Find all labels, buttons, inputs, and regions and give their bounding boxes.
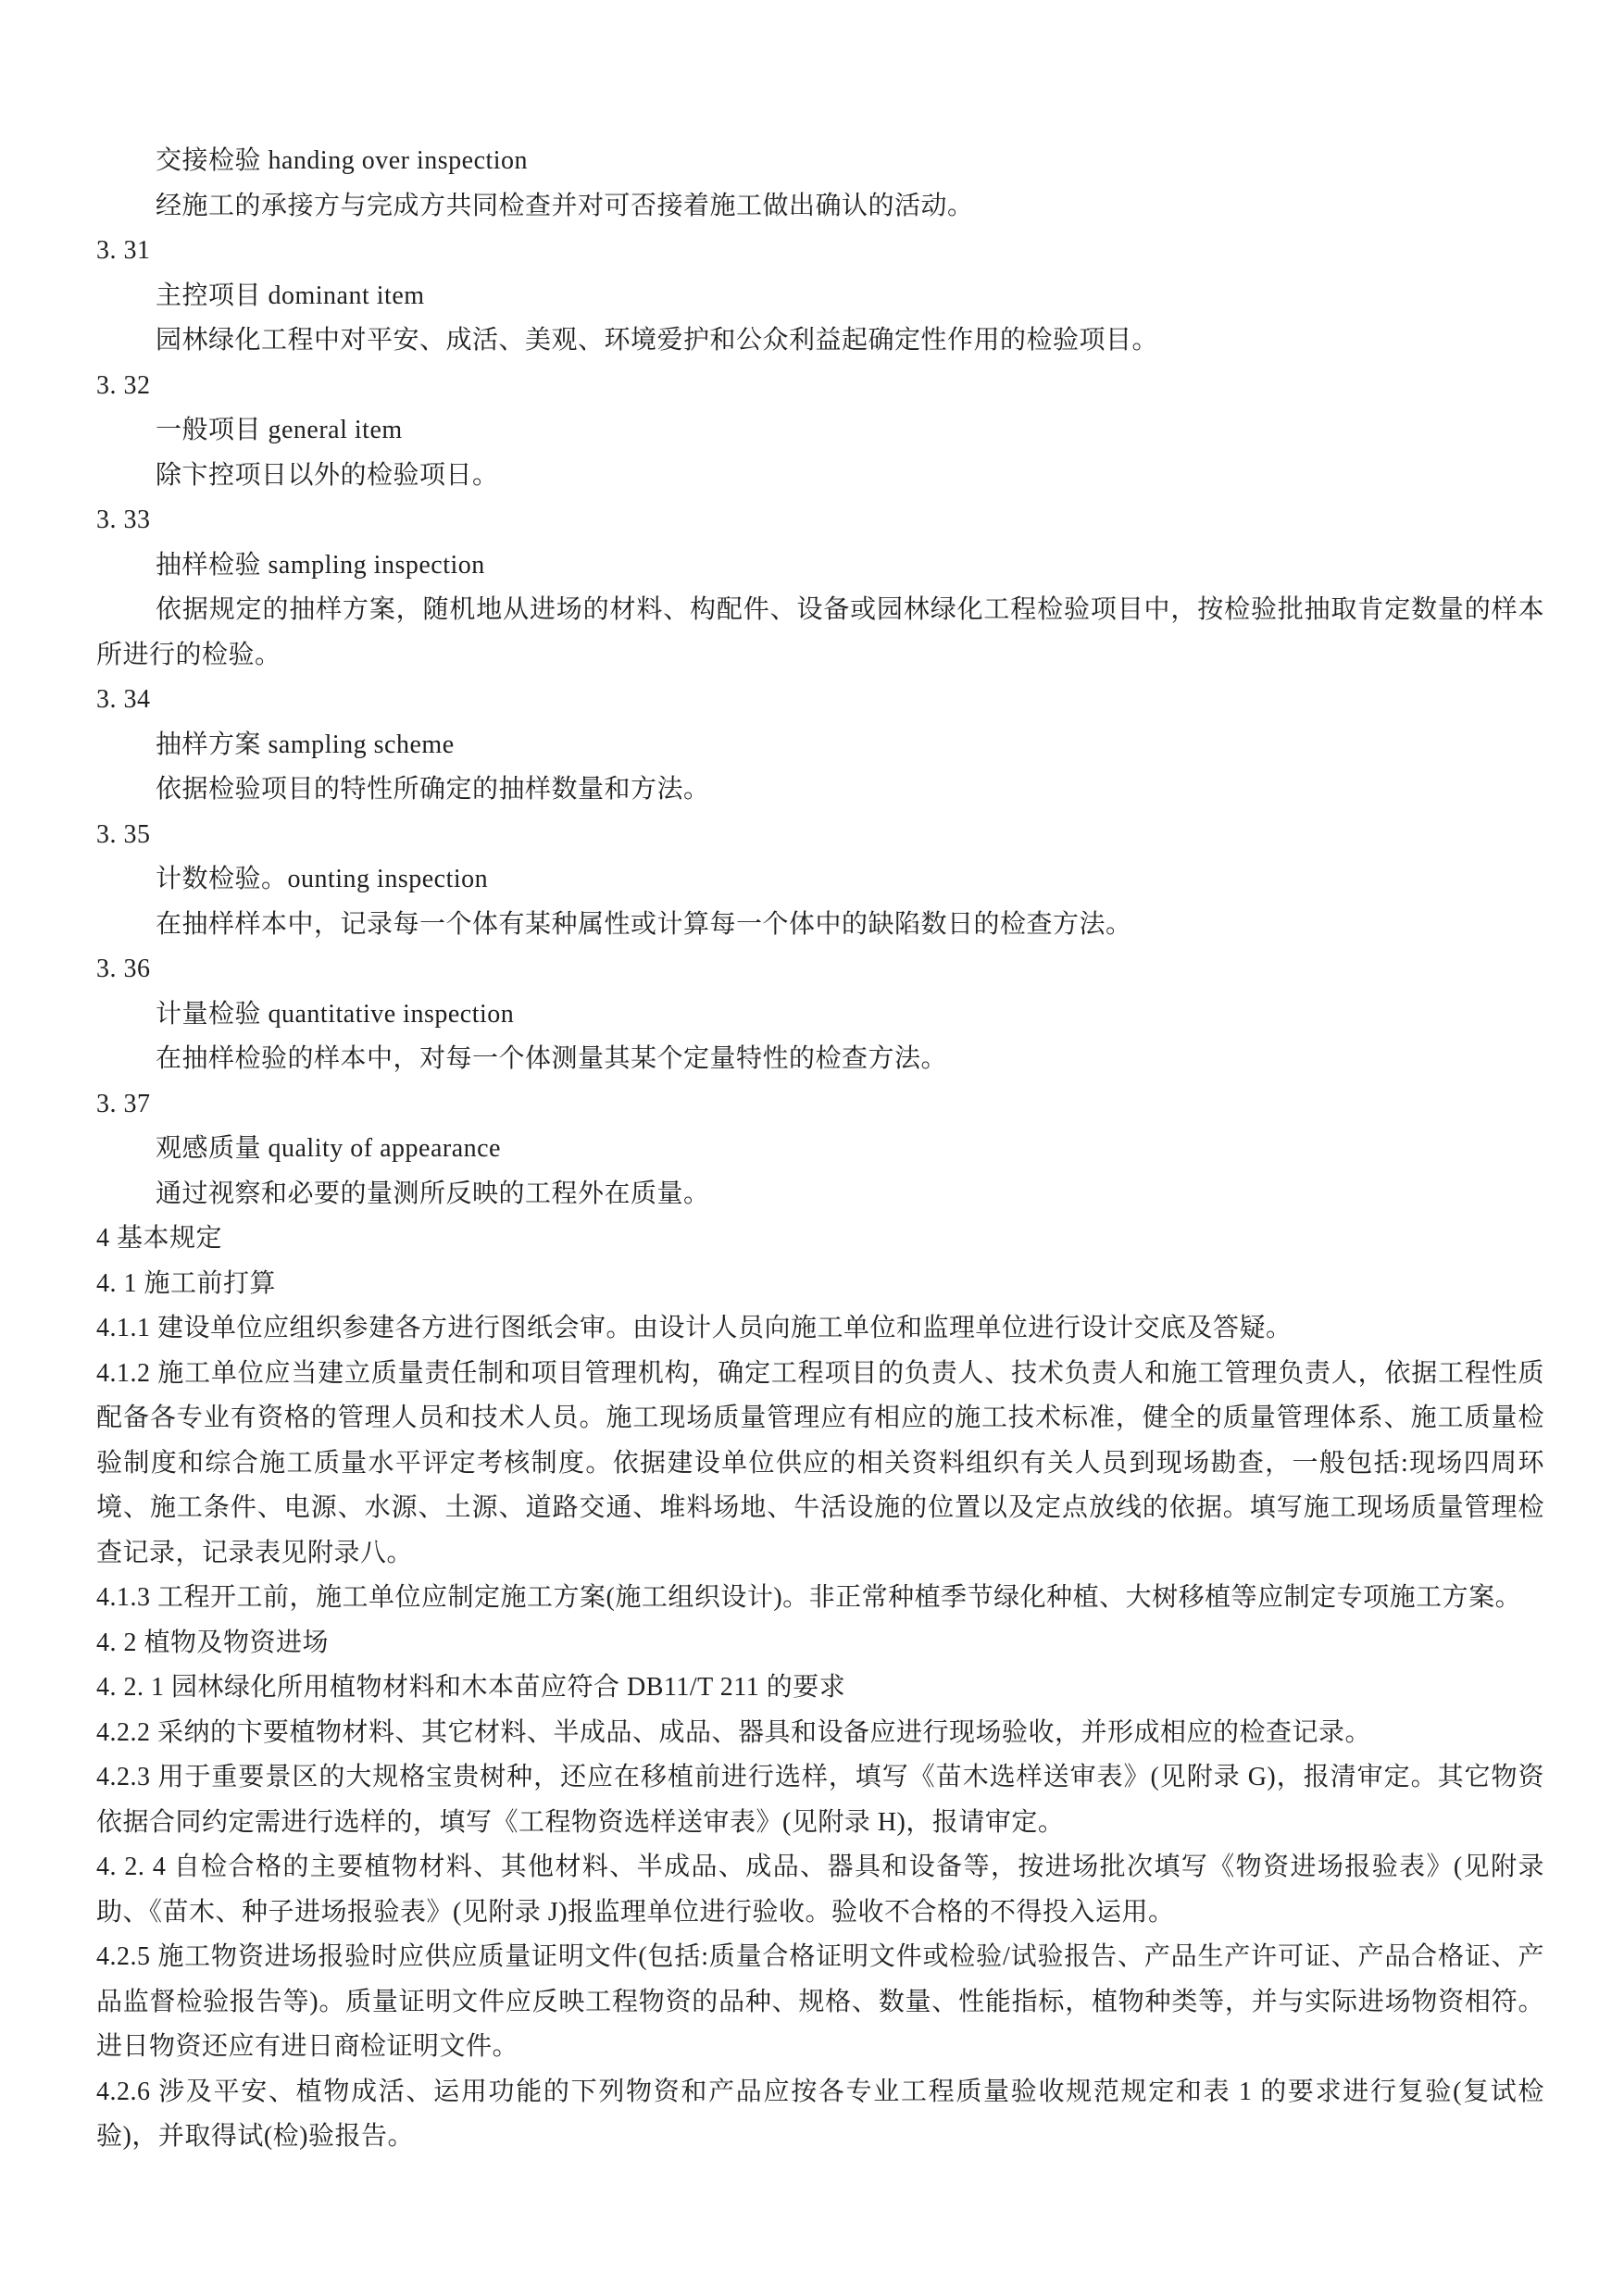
chapter-heading: 4 基本规定 (96, 1217, 1544, 1262)
clause: 4.1.2 施工单位应当建立质量责任制和项目管理机构，确定工程项目的负责人、技术… (96, 1352, 1544, 1577)
term-number: 3. 33 (96, 498, 1544, 543)
term-definition: 在抽样检验的样本中，对每一个体测量其某个定量特性的检查方法。 (96, 1037, 1544, 1082)
document-page: 交接检验 handing over inspection 经施工的承接方与完成方… (0, 0, 1624, 2296)
clause: 4.2.6 涉及平安、植物成活、运用功能的下列物资和产品应按各专业工程质量验收规… (96, 2070, 1544, 2160)
term-title: 计量检验 quantitative inspection (96, 992, 1544, 1038)
term-title: 主控项目 dominant item (96, 274, 1544, 319)
term-number: 3. 36 (96, 947, 1544, 992)
term-definition: 除卞控项日以外的检验项日。 (96, 454, 1544, 499)
term-number: 3. 34 (96, 678, 1544, 723)
term-definition: 依据检验项目的特性所确定的抽样数量和方法。 (96, 767, 1544, 813)
clause: 4.2.5 施工物资进场报验时应供应质量证明文件(包括:质量合格证明文件或检验/… (96, 1935, 1544, 2070)
term-title: 计数检验。ounting inspection (96, 857, 1544, 903)
clause: 4.2.2 采纳的卞要植物材料、其它材料、半成品、成品、器具和设备应进行现场验收… (96, 1711, 1544, 1756)
term-definition: 经施工的承接方与完成方共同检查并对可否接着施工做出确认的活动。 (96, 184, 1544, 230)
term-title: 交接检验 handing over inspection (96, 139, 1544, 184)
term-number: 3. 32 (96, 364, 1544, 409)
clause: 4. 2. 1 园林绿化所用植物材料和木本苗应符合 DB11/T 211 的要求 (96, 1666, 1544, 1711)
section-heading: 4. 2 植物及物资进场 (96, 1621, 1544, 1666)
clause: 4.1.3 工程开工前，施工单位应制定施工方案(施工组织设计)。非正常种植季节绿… (96, 1576, 1544, 1621)
clause: 4. 2. 4 自检合格的主要植物材料、其他材料、半成品、成品、器具和设备等，按… (96, 1845, 1544, 1935)
term-title: 抽样检验 sampling inspection (96, 543, 1544, 589)
clause: 4.1.1 建设单位应组织参建各方进行图纸会审。由设计人员向施工单位和监理单位进… (96, 1306, 1544, 1352)
term-number: 3. 35 (96, 813, 1544, 858)
term-title: 观感质量 quality of appearance (96, 1127, 1544, 1172)
term-definition: 园林绿化工程中对平安、成活、美观、环境爱护和公众利益起确定性作用的检验项目。 (96, 318, 1544, 364)
term-title: 抽样方案 sampling scheme (96, 723, 1544, 768)
term-number: 3. 31 (96, 229, 1544, 274)
section-heading: 4. 1 施工前打算 (96, 1262, 1544, 1307)
term-title: 一般项目 general item (96, 408, 1544, 454)
term-definition: 依据规定的抽样方案，随机地从进场的材料、构配件、设备或园林绿化工程检验项目中，按… (96, 588, 1544, 678)
term-definition: 在抽样样本中，记录每一个体有某种属性或计算每一个体中的缺陷数日的检查方法。 (96, 903, 1544, 948)
clause: 4.2.3 用于重要景区的大规格宝贵树种，还应在移植前进行选样，填写《苗木选样送… (96, 1755, 1544, 1845)
term-number: 3. 37 (96, 1082, 1544, 1128)
term-definition: 通过视察和必要的量测所反映的工程外在质量。 (96, 1172, 1544, 1217)
